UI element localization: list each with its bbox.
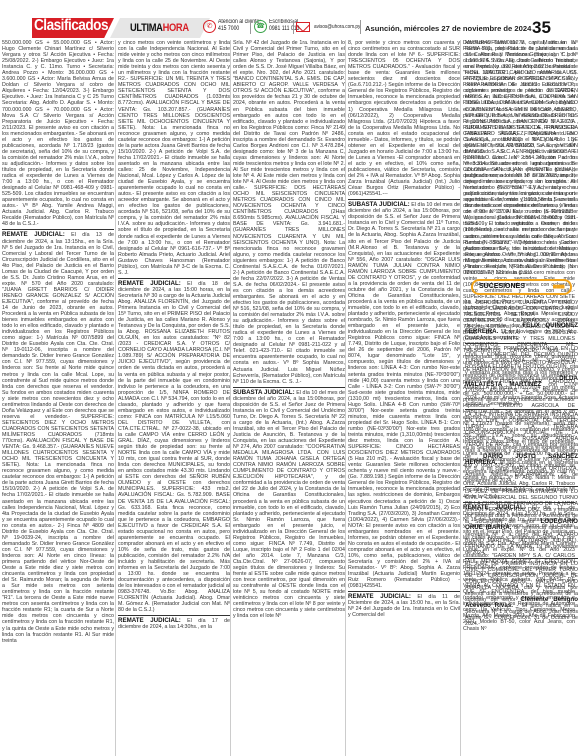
phone-icon: ✆ (203, 20, 216, 33)
notice: REMATE JUDICIAL: El día 18 de diciembre … (118, 281, 230, 614)
classifieds-columns: 550.000.000 GS + 55.000.000 GS • Actor: … (0, 40, 580, 756)
notice-title: REMATE JUDICIAL: (118, 280, 181, 287)
logo-part-a: ULTIMA (130, 22, 163, 34)
notice-title: SUBASTA JUDICIAL: (233, 389, 295, 396)
succession-notice: EL JUEZ DE PRIMERA INSTANCIA EN LO CIVIL… (465, 561, 578, 628)
column-1: 550.000.000 GS + 55.000.000 GS • Actor: … (2, 40, 114, 756)
notice: SUBASTA JUDICIAL: El día 10 del mes de d… (233, 390, 345, 620)
notice-divider (348, 591, 460, 592)
notice-divider (465, 558, 578, 559)
dateline: Asunción, miércoles 27 de noviembre de 2… (365, 24, 531, 33)
notice-divider (233, 387, 345, 388)
notice-divider (465, 343, 578, 344)
section-title: Clasificados (34, 17, 108, 35)
notice: REMATE JUDICIAL: El día 11 de Diciembre … (348, 594, 460, 618)
notice-divider (465, 486, 578, 487)
notice-title: REMATE JUDICIAL: (2, 231, 65, 238)
divider (360, 20, 361, 34)
notice: REMATE JUDICIAL: El día 17 de diciembre … (118, 618, 230, 630)
notice-text: 550.000.000 GS + 55.000.000 GS • Actor: … (2, 40, 114, 227)
logo-part-b: HORA (163, 22, 189, 34)
notice-divider (465, 409, 578, 410)
notice-title: REMATE JUDICIAL: (348, 593, 411, 600)
succession-notice: LA JUEZ DE PRIMERA INSTANCIA EN LO CIVIL… (465, 489, 578, 556)
notice-text: y cinco metros con veinte centímetros y … (118, 40, 230, 276)
succession-notice: LA JUEZA DE PRIMERA INSTANCIA EN LO CIVI… (465, 346, 578, 406)
column-4: 8, por veinte y cinco metros con cuarent… (348, 40, 460, 756)
email-address: avisos@uhora.com.py (314, 24, 360, 31)
succession-notice: La Jueza de Paz en lo Civil, Comercial y… (465, 299, 578, 341)
notice-divider (118, 615, 230, 616)
succession-notice: LA JUEZ INTERINA DE PRIMERA INSTANCIA EN… (465, 412, 578, 485)
notice-text: El día 10 del mes de diciembre del año 2… (348, 202, 460, 589)
people-icon: ■■■ (553, 284, 565, 290)
notice-text: El día 18 de diciembre de 2024, a las 15… (118, 281, 230, 614)
notice-divider (118, 278, 230, 279)
divider (293, 20, 294, 34)
column-3: Sría. Nº 42 del Juzgado de 1ra. Instanci… (233, 40, 345, 756)
column-6: MM7UR4DF6MW081277, y Matrícula Nº REMA-7… (465, 40, 578, 756)
notice-text: 8, por veinte y cinco metros con cuarent… (348, 40, 460, 197)
newspaper-logo: ULTIMAHORA (130, 22, 189, 34)
notice-text: El día 10 del mes de diciembre del año 2… (233, 390, 345, 620)
notice-divider (348, 199, 460, 200)
notice-text: El día 13 de diciembre de 2024, a las 13… (2, 232, 114, 643)
sucesiones-badge: SUCESIONES ■■■ (471, 279, 572, 295)
notice-title: SUBASTA JUDICIAL: (348, 201, 410, 208)
whatsapp-number: 0981 111 013 (269, 26, 299, 33)
whatsapp-label: Escríbinos al (269, 19, 299, 26)
divider (250, 20, 251, 34)
notice-text: Sría. Nº 42 del Juzgado de 1ra. Instanci… (233, 40, 345, 385)
envelope-icon (296, 22, 310, 32)
email-contact: avisos@uhora.com.py (296, 22, 369, 32)
column-2: y cinco metros con veinte centímetros y … (118, 40, 230, 756)
notice-title: REMATE JUDICIAL: (118, 617, 181, 624)
section-label: SUCESIONES (479, 284, 525, 290)
page-number: 35 (532, 18, 551, 38)
notice: REMATE JUDICIAL: El día 13 de diciembre … (2, 232, 114, 643)
notice-divider (2, 229, 114, 230)
notice-text: MM7UR4DF6MW081277, y Matrícula Nº REMA-7… (465, 40, 578, 276)
page-header: Clasificados ULTIMAHORA ✆ Atención al cl… (0, 0, 580, 38)
whatsapp-icon: ☎ (254, 20, 267, 33)
notice: SUBASTA JUDICIAL: El día 10 del mes de d… (348, 202, 460, 589)
